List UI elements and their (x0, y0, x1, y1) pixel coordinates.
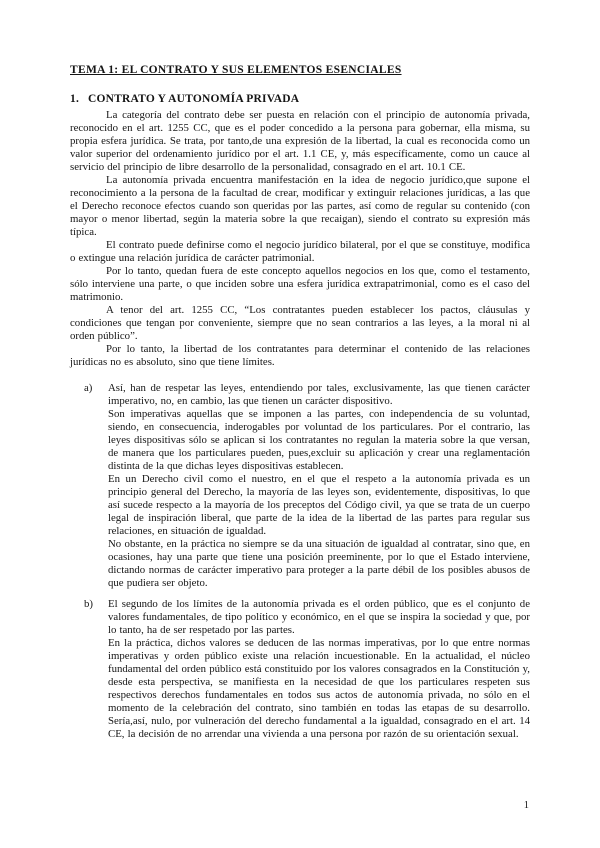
list-b-paragraph-1: El segundo de los límites de la autonomí… (108, 598, 530, 637)
list-item-a: a) Así, han de respetar las leyes, enten… (70, 382, 530, 590)
body-paragraph-5: A tenor del art. 1255 CC, “Los contratan… (70, 304, 530, 343)
section-title: CONTRATO Y AUTONOMÍA PRIVADA (88, 93, 299, 106)
body-paragraph-6: Por lo tanto, la libertad de los contrat… (70, 343, 530, 369)
body-paragraph-1: La categoría del contrato debe ser puest… (70, 109, 530, 174)
section-number: 1. (70, 93, 88, 106)
list-a-paragraph-4: No obstante, en la práctica no siempre s… (108, 538, 530, 590)
document-page: TEMA 1: EL CONTRATO Y SUS ELEMENTOS ESEN… (0, 0, 600, 848)
list-item-b: b) El segundo de los límites de la auton… (70, 598, 530, 741)
body-paragraph-2: La autonomía privada encuentra manifesta… (70, 174, 530, 239)
list-body-b: El segundo de los límites de la autonomí… (108, 598, 530, 741)
list-marker-a: a) (84, 382, 108, 590)
list-body-a: Así, han de respetar las leyes, entendie… (108, 382, 530, 590)
body-paragraph-3: El contrato puede definirse como el nego… (70, 239, 530, 265)
list-a-paragraph-3: En un Derecho civil como el nuestro, en … (108, 473, 530, 538)
body-paragraph-4: Por lo tanto, quedan fuera de este conce… (70, 265, 530, 304)
list-marker-b: b) (84, 598, 108, 741)
document-title: TEMA 1: EL CONTRATO Y SUS ELEMENTOS ESEN… (70, 64, 530, 77)
list-a-paragraph-2: Son imperativas aquellas que se imponen … (108, 408, 530, 473)
page-number: 1 (524, 799, 529, 812)
page-content: TEMA 1: EL CONTRATO Y SUS ELEMENTOS ESEN… (0, 0, 600, 741)
list-b-paragraph-2: En la práctica, dichos valores se deduce… (108, 637, 530, 741)
list-a-paragraph-1: Así, han de respetar las leyes, entendie… (108, 382, 530, 408)
section-heading: 1. CONTRATO Y AUTONOMÍA PRIVADA (70, 93, 530, 106)
